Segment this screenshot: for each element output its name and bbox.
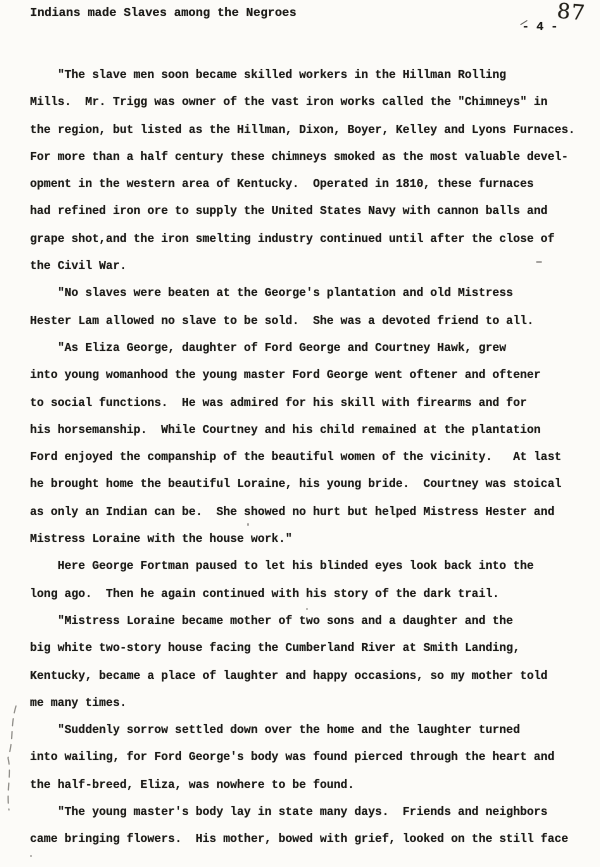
typed-line: the Civil War.: [30, 253, 600, 280]
ink-speck: [306, 608, 308, 610]
page-number-handwritten: 87: [556, 0, 587, 25]
typed-line: to social functions. He was admired for …: [30, 390, 600, 417]
typed-line: he brought home the beautiful Loraine, h…: [30, 471, 600, 498]
typed-line: "The young master's body lay in state ma…: [30, 799, 600, 826]
typed-line: Mills. Mr. Trigg was owner of the vast i…: [30, 89, 600, 116]
typed-line: as only an Indian can be. She showed no …: [30, 499, 600, 526]
typed-line: "As Eliza George, daughter of Ford Georg…: [30, 335, 600, 362]
typed-line: Hester Lam allowed no slave to be sold. …: [30, 308, 600, 335]
typed-line: came bringing flowers. His mother, bowed…: [30, 826, 600, 853]
typed-line: his horsemanship. While Courtney and his…: [30, 417, 600, 444]
typed-line: big white two-story house facing the Cum…: [30, 635, 600, 662]
typed-line: "Mistress Loraine became mother of two s…: [30, 608, 600, 635]
typed-line: into young womanhood the young master Fo…: [30, 362, 600, 389]
running-title: Indians made Slaves among the Negroes: [30, 6, 296, 20]
typed-line: "The slave men soon became skilled worke…: [30, 62, 600, 89]
typed-line: had refined iron ore to supply the Unite…: [30, 198, 600, 225]
ink-speck: [247, 523, 249, 526]
page-number: - 4 - 87: [479, 6, 584, 62]
typed-line: Kentucky, became a place of laughter and…: [30, 663, 600, 690]
typed-line: "Suddenly sorrow settled down over the h…: [30, 717, 600, 744]
typed-line: Here George Fortman paused to let his bl…: [30, 553, 600, 580]
typed-line: Ford enjoyed the companship of the beaut…: [30, 444, 600, 471]
typed-line: the half-breed, Eliza, was nowhere to be…: [30, 772, 600, 799]
margin-pencil-mark: [0, 702, 24, 814]
typed-line: into wailing, for Ford George's body was…: [30, 744, 600, 771]
page-header: Indians made Slaves among the Negroes - …: [30, 6, 584, 62]
typed-line: For more than a half century these chimn…: [30, 144, 600, 171]
typed-line: me many times.: [30, 690, 600, 717]
typed-line: long ago. Then he again continued with h…: [30, 581, 600, 608]
ink-speck: [30, 855, 32, 857]
document-page: Indians made Slaves among the Negroes - …: [0, 0, 600, 867]
typed-text-body: "The slave men soon became skilled worke…: [30, 62, 600, 854]
typed-line: opment in the western area of Kentucky. …: [30, 171, 600, 198]
ink-speck: [536, 261, 542, 263]
typed-line: grape shot,and the iron smelting industr…: [30, 226, 600, 253]
typed-line: "No slaves were beaten at the George's p…: [30, 280, 600, 307]
typed-line: Mistress Loraine with the house work.": [30, 526, 600, 553]
page-number-typed: - 4 -: [522, 20, 558, 34]
typed-line: the region, but listed as the Hillman, D…: [30, 117, 600, 144]
